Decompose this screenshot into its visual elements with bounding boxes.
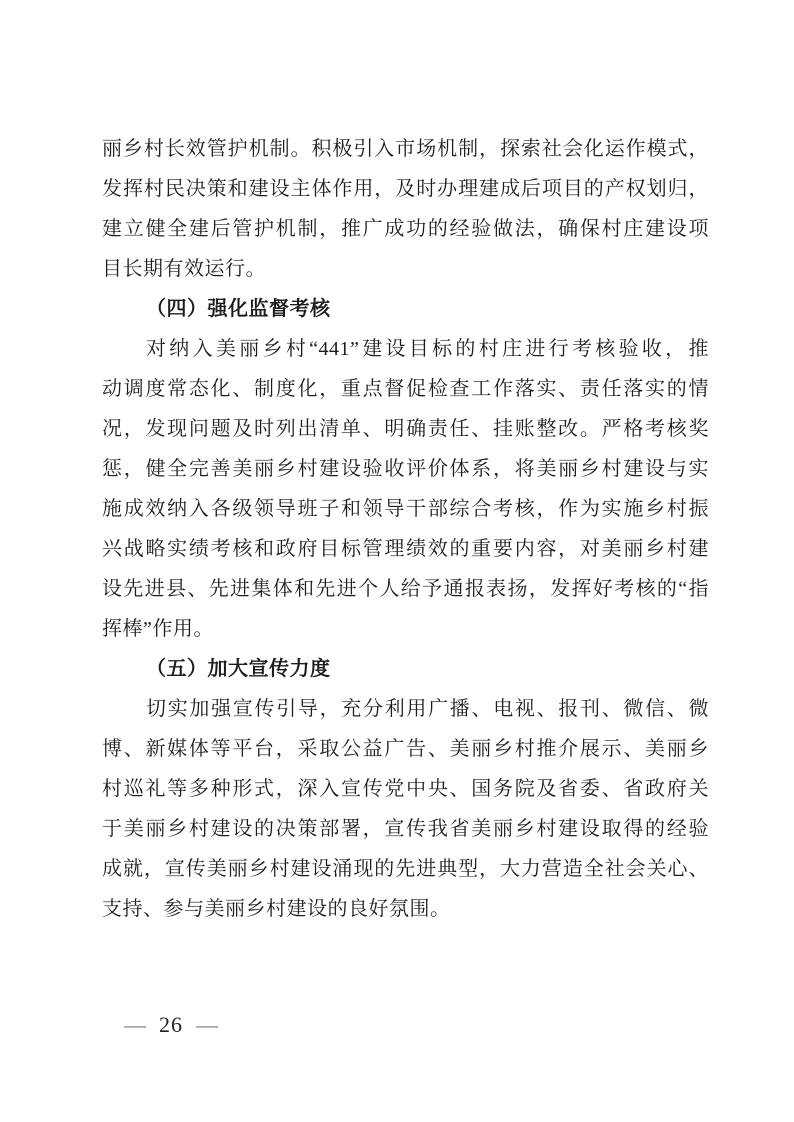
footer-dash-left: —: [124, 1014, 146, 1036]
section-4-heading: （四）强化监督考核: [102, 289, 709, 329]
footer-dash-right: —: [196, 1014, 218, 1036]
text-line: 况，发现问题及时列出清单、明确责任、挂账整改。严格考核奖: [102, 409, 709, 449]
document-body: 丽乡村长效管护机制。积极引入市场机制，探索社会化运作模式， 发挥村民决策和建设主…: [102, 129, 709, 929]
text-line: 支持、参与美丽乡村建设的良好氛围。: [102, 889, 709, 929]
text-line: 挥棒”作用。: [102, 609, 709, 649]
text-line: 惩，健全完善美丽乡村建设验收评价体系，将美丽乡村建设与实: [102, 449, 709, 489]
document-page: 丽乡村长效管护机制。积极引入市场机制，探索社会化运作模式， 发挥村民决策和建设主…: [0, 0, 794, 1122]
text-line: 施成效纳入各级领导班子和领导干部综合考核，作为实施乡村振: [102, 489, 709, 529]
text-line: 建立健全建后管护机制，推广成功的经验做法，确保村庄建设项: [102, 209, 709, 249]
text-line: 动调度常态化、制度化，重点督促检查工作落实、责任落实的情: [102, 369, 709, 409]
text-line: 对纳入美丽乡村“441”建设目标的村庄进行考核验收，推: [102, 329, 709, 369]
page-footer: — 26 —: [124, 1006, 218, 1044]
text-line: 丽乡村长效管护机制。积极引入市场机制，探索社会化运作模式，: [102, 129, 709, 169]
text-line: 发挥村民决策和建设主体作用，及时办理建成后项目的产权划归，: [102, 169, 709, 209]
text-line: 博、新媒体等平台，采取公益广告、美丽乡村推介展示、美丽乡: [102, 729, 709, 769]
text-line: 兴战略实绩考核和政府目标管理绩效的重要内容，对美丽乡村建: [102, 529, 709, 569]
text-line: 于美丽乡村建设的决策部署，宣传我省美丽乡村建设取得的经验: [102, 809, 709, 849]
text-line: 设先进县、先进集体和先进个人给予通报表扬，发挥好考核的“指: [102, 569, 709, 609]
page-number: 26: [159, 1012, 183, 1038]
text-line: 切实加强宣传引导，充分利用广播、电视、报刊、微信、微: [102, 689, 709, 729]
text-line: 目长期有效运行。: [102, 249, 709, 289]
text-line: 村巡礼等多种形式，深入宣传党中央、国务院及省委、省政府关: [102, 769, 709, 809]
text-line: 成就，宣传美丽乡村建设涌现的先进典型，大力营造全社会关心、: [102, 849, 709, 889]
section-5-heading: （五）加大宣传力度: [102, 649, 709, 689]
